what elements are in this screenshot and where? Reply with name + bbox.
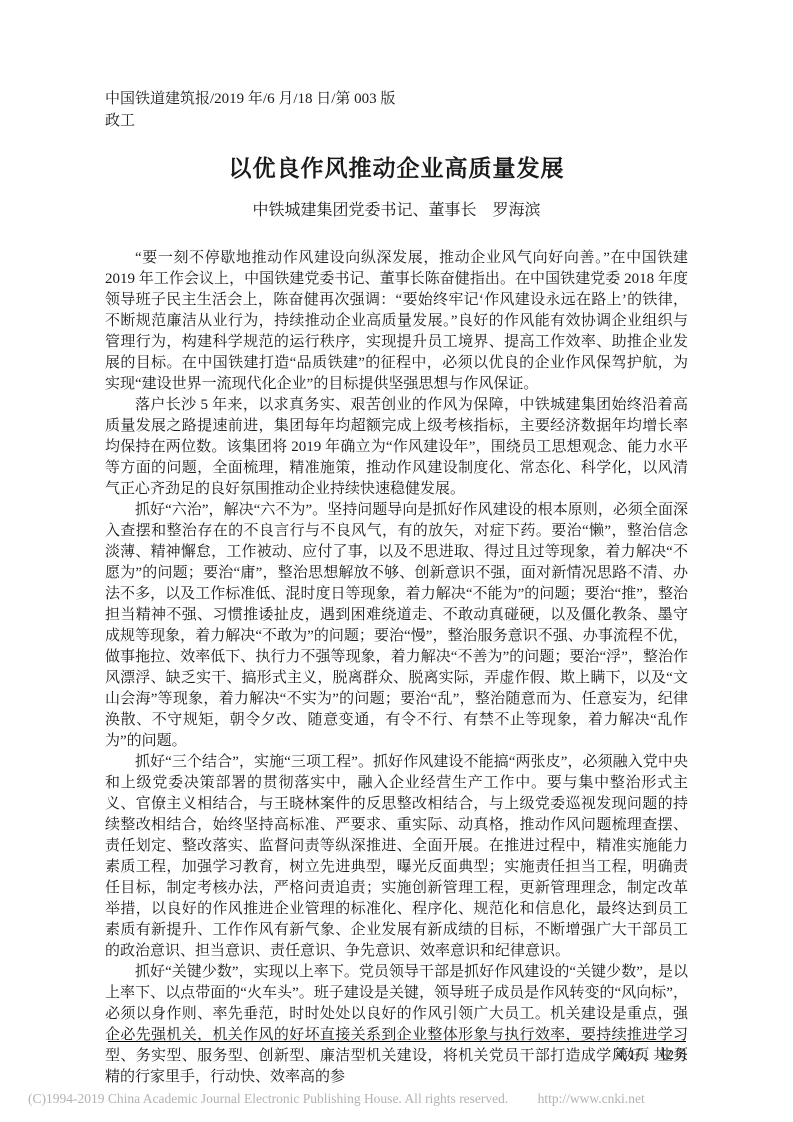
article-title: 以优良作风推动企业高质量发展 bbox=[105, 154, 688, 184]
source-line: 中国铁道建筑报/2019 年/6 月/18 日/第 003 版 bbox=[105, 88, 688, 110]
copyright-notice: (C)1994-2019 China Academic Journal Elec… bbox=[28, 1090, 645, 1108]
paragraph-2: 落户长沙 5 年来，以求真务实、艰苦创业的作风为保障，中铁城建集团始终沿着高质量… bbox=[105, 395, 688, 500]
page-content: 中国铁道建筑报/2019 年/6 月/18 日/第 003 版 政工 以优良作风… bbox=[0, 0, 793, 1088]
article-byline: 中铁城建集团党委书记、董事长 罗海滨 bbox=[105, 200, 688, 222]
doc-header: 中国铁道建筑报/2019 年/6 月/18 日/第 003 版 政工 bbox=[105, 88, 688, 132]
paragraph-4: 抓好“三个结合”，实施“三项工程”。抓好作风建设不能搞“两张皮”，必须融入党中央… bbox=[105, 752, 688, 962]
paragraph-1: “要一刻不停歇地推动作风建设向纵深发展，推动企业风气向好向善。”在中国铁建 20… bbox=[105, 248, 688, 395]
section-label: 政工 bbox=[105, 110, 688, 132]
copyright-text: (C)1994-2019 China Academic Journal Elec… bbox=[28, 1091, 508, 1106]
document-page: 中国铁道建筑报/2019 年/6 月/18 日/第 003 版 政工 以优良作风… bbox=[0, 0, 793, 1122]
paragraph-5: 抓好“关键少数”，实现以上率下。党员领导干部是抓好作风建设的“关键少数”，是以上… bbox=[105, 962, 688, 1088]
paragraph-3: 抓好“六治”，解决“六不为”。坚持问题导向是抓好作风建设的根本原则，必须全面深入… bbox=[105, 500, 688, 752]
footer-divider bbox=[108, 1041, 686, 1042]
cnki-url: http://www.cnki.net bbox=[538, 1091, 645, 1106]
article-body: “要一刻不停歇地推动作风建设向纵深发展，推动企业风气向好向善。”在中国铁建 20… bbox=[105, 248, 688, 1088]
page-indicator: 第1页 共2页 bbox=[615, 1047, 689, 1065]
